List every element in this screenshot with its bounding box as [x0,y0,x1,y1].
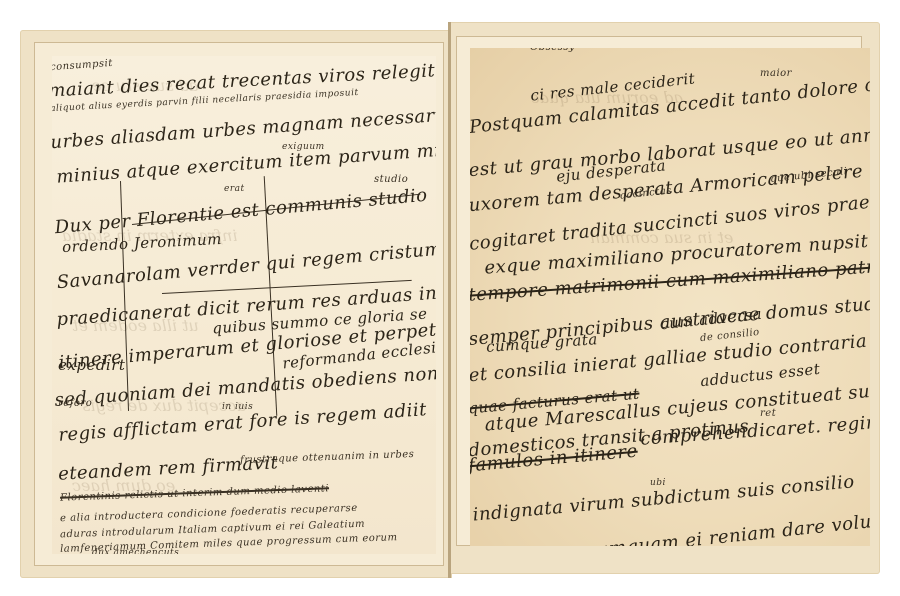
book-spine [448,22,451,578]
manuscript-line: reforo [58,398,92,409]
manuscript-line: dux amechencuts [92,548,179,554]
manuscript-line: expedirt [58,356,125,374]
right-page: ad eorum uta quae et in sua comman Obses… [470,48,870,546]
manuscript-line: consumpsit [52,58,113,73]
manuscript-line: studio [374,174,408,185]
manuscript-spread: ad sue stu ce infra exterm in stadia ut … [0,0,900,596]
manuscript-line: maior [760,68,792,79]
manuscript-line: Obsessy [530,48,575,53]
manuscript-line: ubi [650,478,666,488]
left-page: ad sue stu ce infra exterm in stadia ut … [52,56,436,554]
manuscript-line: erat [224,184,245,194]
manuscript-line: ret [760,408,776,419]
